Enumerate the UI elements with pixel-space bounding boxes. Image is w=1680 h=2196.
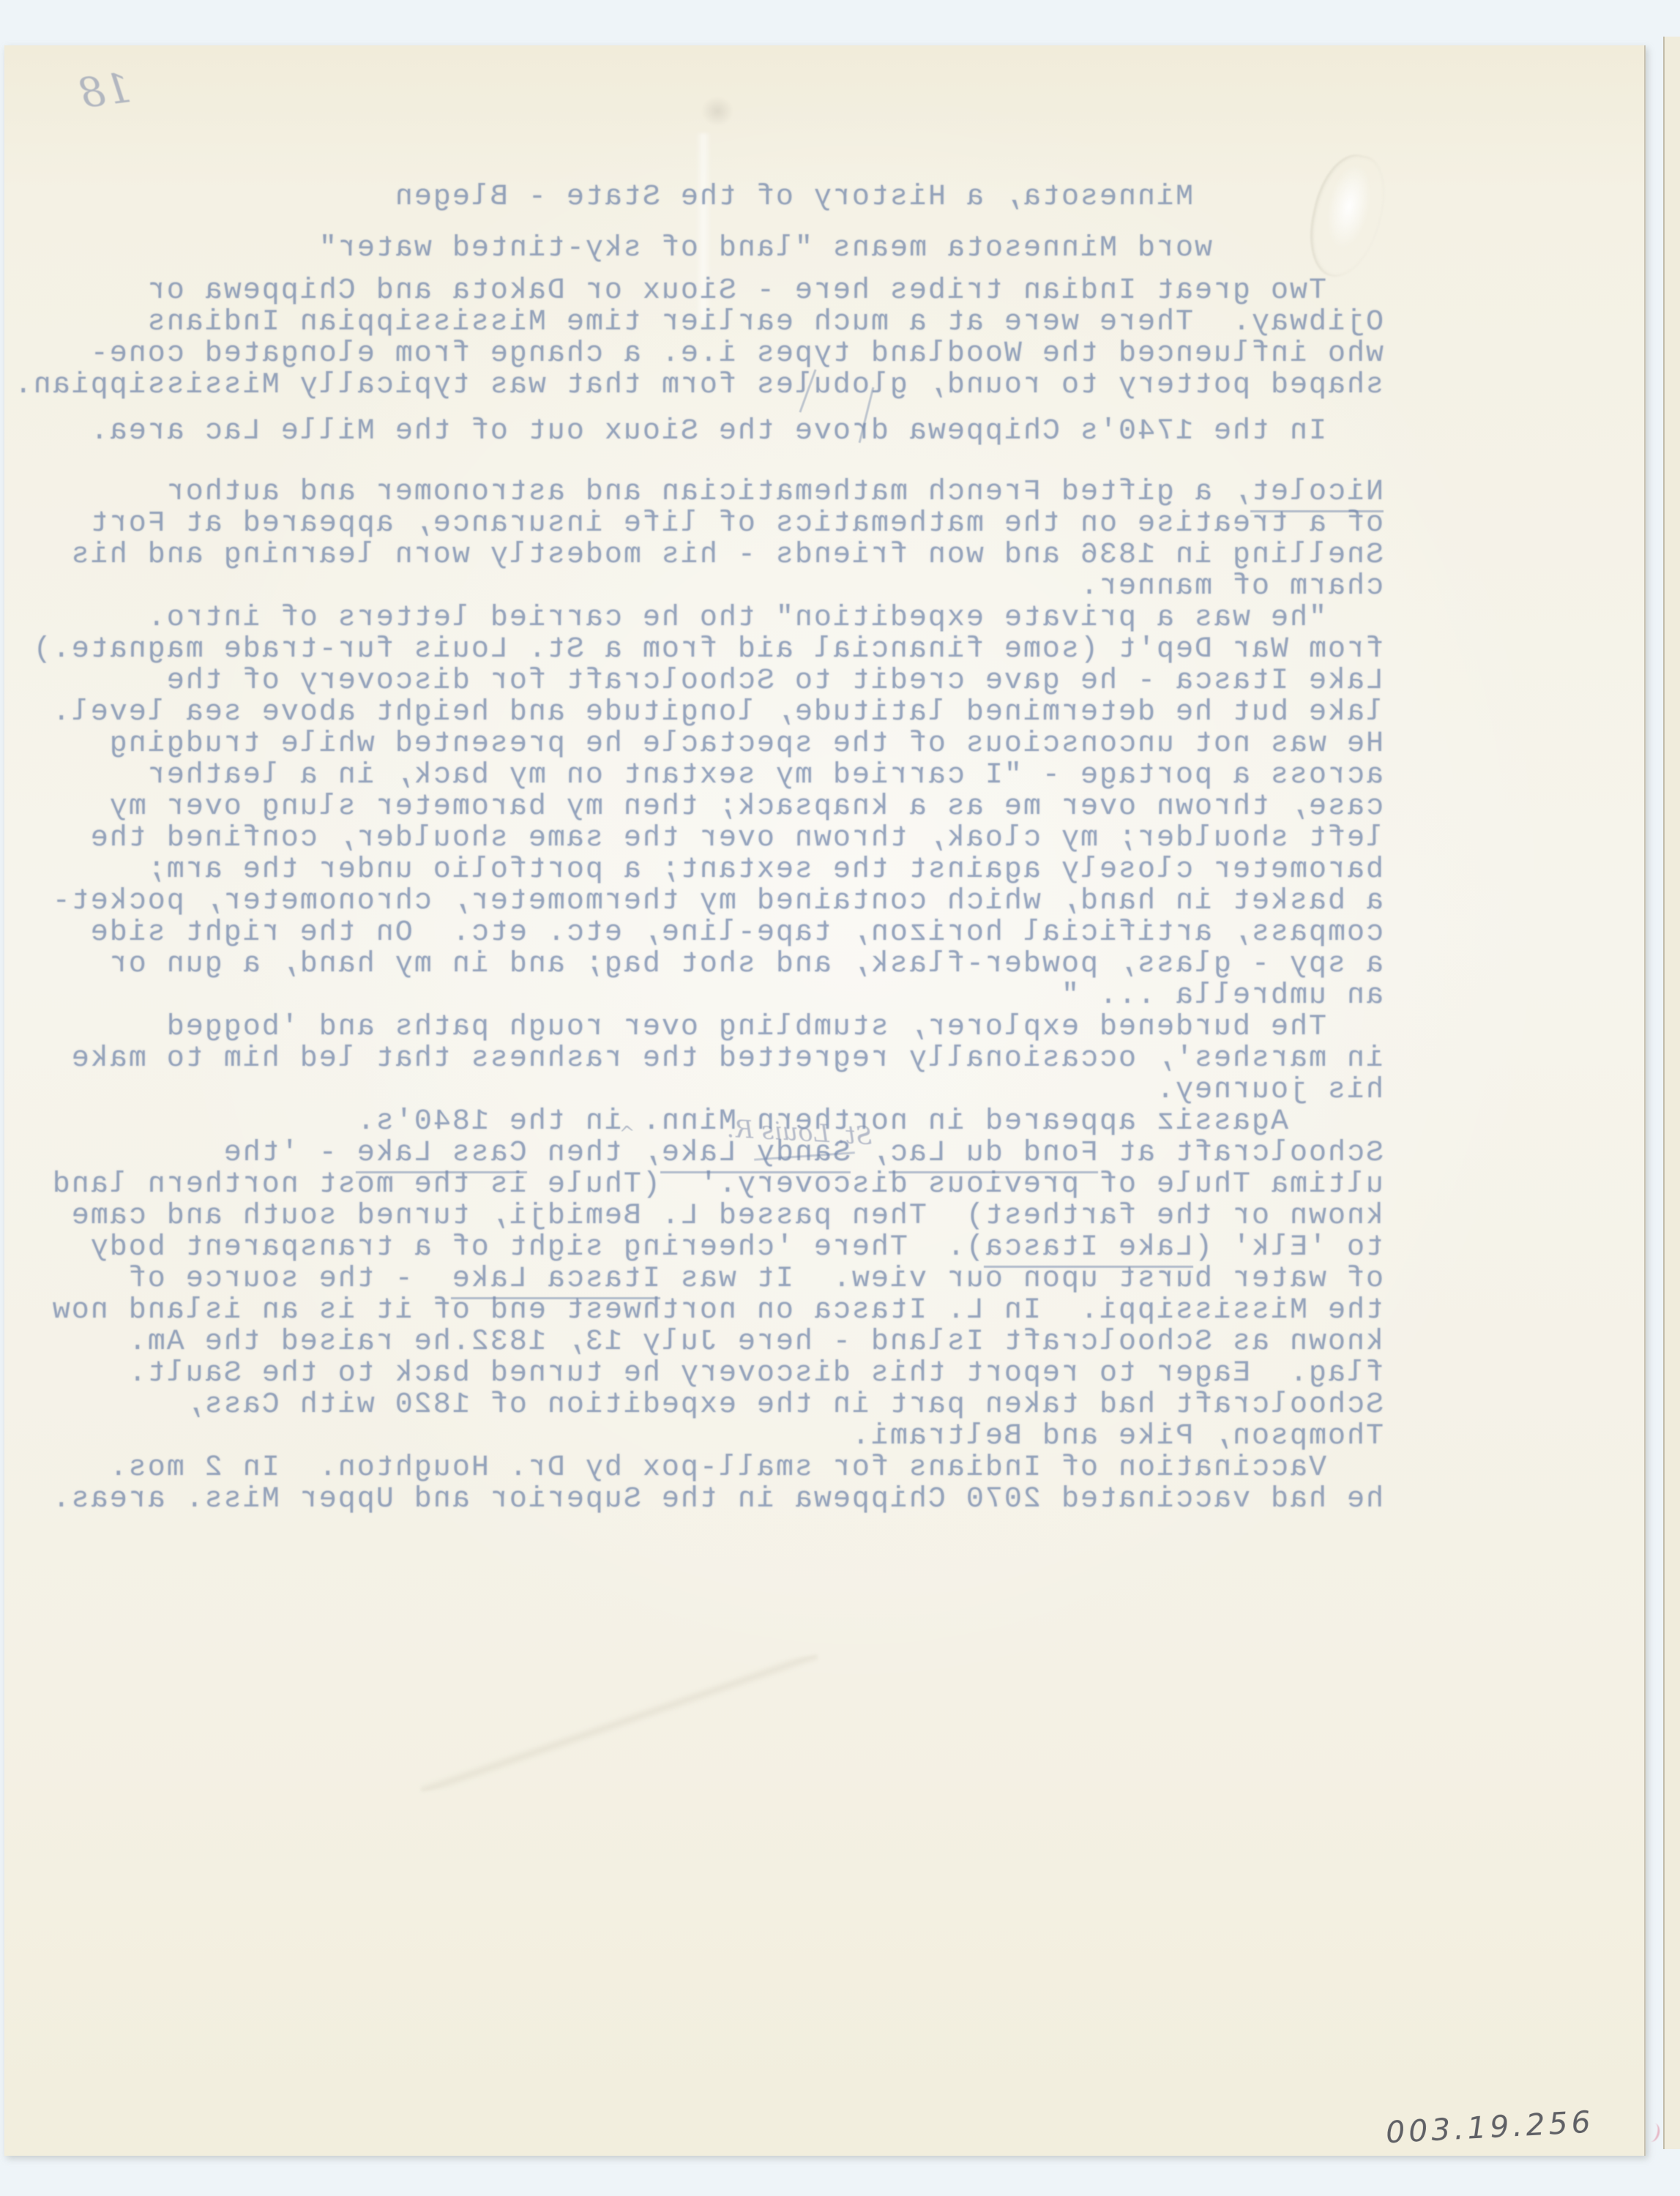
typed-text: the Mississippi. In L. Itasca on northwe… [51, 1294, 1384, 1327]
typed-line: a basket in hand, which contained my the… [117, 886, 1384, 917]
paper-crease-bottom [411, 1654, 828, 1791]
typed-line: known as Schoolcraft Island - here July … [117, 1326, 1384, 1358]
typed-text: ultima Thule of previous discovery.' (Th… [51, 1168, 1384, 1201]
typed-text: compass, artificial horizon, tape-line, … [89, 916, 1384, 949]
typed-text: - 'the [223, 1137, 356, 1170]
typed-text: Snelling in 1836 and won friends - his m… [70, 539, 1384, 572]
typed-text: flag. Eager to report this discovery he … [127, 1357, 1384, 1390]
typed-text: charm of manner. [1079, 570, 1384, 603]
scan-background: 18 Minnesota, a History of the State - B… [0, 0, 1680, 2196]
typed-text: a basket in hand, which contained my the… [51, 885, 1384, 918]
typed-text: from War Dep't (some financial aid from … [32, 633, 1384, 666]
typed-text: word Minnesota means "land of sky-tinted… [318, 232, 1212, 265]
typed-line: Ojibway. There were at a much earlier ti… [117, 307, 1384, 338]
typed-text: left shoulder; my cloak, thrown over the… [89, 822, 1384, 855]
typed-line: known or the farthest) Then passed L. Be… [117, 1200, 1384, 1232]
typed-text: of a treatise on the mathematics of life… [89, 507, 1384, 540]
paper-crease-top [701, 97, 733, 126]
typed-text: case, thrown over me as a knapsack; then… [108, 791, 1384, 823]
typed-text: , a gifted French mathematician and astr… [165, 476, 1250, 509]
typed-text: He was not unconscious of the spectacle … [108, 728, 1384, 761]
typed-line: word Minnesota means "land of sky-tinted… [117, 233, 1384, 264]
typed-line: shaped pottery to round, globules form t… [117, 370, 1384, 401]
typed-line: a spy - glass, powder-flask, and shot ba… [117, 949, 1384, 980]
typed-line: in marshes', occasionally regretted the … [117, 1043, 1384, 1075]
typed-line: "he was a private expedition" tho he car… [117, 602, 1384, 634]
typed-line: of a treatise on the mathematics of life… [117, 508, 1384, 539]
handwritten-caret-mark: ^ [619, 1122, 636, 1145]
typed-text: to 'Elk' ( [1193, 1231, 1384, 1264]
typed-line: Vaccination of Indians for small-pox by … [117, 1452, 1384, 1484]
typed-line: from War Dep't (some financial aid from … [117, 634, 1384, 665]
typed-line: In the 1740's Chippewa drove the Sioux o… [117, 416, 1384, 447]
typed-line: the Mississippi. In L. Itasca on northwe… [117, 1295, 1384, 1326]
typed-line: lake but he determined latitude, longitu… [117, 697, 1384, 728]
typed-line: Snelling in 1836 and won friends - his m… [117, 539, 1384, 571]
typed-text: Schoolcraft had taken part in the expedi… [184, 1389, 1384, 1422]
typed-line: he had vaccinated 2070 Chippewa in the S… [117, 1484, 1384, 1515]
typed-text: known as Schoolcraft Island - here July … [127, 1326, 1384, 1359]
typed-line: to 'Elk' (Lake Itasca). There 'cheering … [117, 1232, 1384, 1263]
typed-line: of water burst upon our view. It was Ita… [117, 1263, 1384, 1295]
typed-text: across a portage - "I carried my sextant… [146, 759, 1384, 792]
typed-text: of water burst upon our view. It was [660, 1263, 1384, 1296]
typed-text: The burdened explorer, stumbling over ro… [165, 1011, 1326, 1044]
pink-pen-mark [1643, 2121, 1662, 2143]
typed-text-block: Minnesota, a History of the State - Bleg… [117, 182, 1384, 1515]
typed-line: barometer closely against the sextant; a… [117, 854, 1384, 886]
typed-line: charm of manner. [117, 571, 1384, 602]
typed-line: an umbrella ... " [117, 980, 1384, 1012]
typed-text: shaped pottery to round, globules form t… [13, 369, 1384, 402]
handwritten-page-number: 18 [76, 64, 134, 118]
typed-line: Nicolet, a gifted French mathematician a… [117, 477, 1384, 508]
typed-text: Minnesota, a History of the State - Bleg… [394, 181, 1193, 214]
typed-line: who influenced the Woodland types i.e. a… [117, 338, 1384, 370]
typed-text: In the 1740's Chippewa drove the Sioux o… [89, 415, 1326, 448]
typed-line: compass, artificial horizon, tape-line, … [117, 917, 1384, 949]
typed-line: ultima Thule of previous discovery.' (Th… [117, 1169, 1384, 1200]
typed-text: who influenced the Woodland types i.e. a… [89, 337, 1384, 370]
typed-text: ). There 'cheering sight of a transparen… [89, 1231, 984, 1264]
typed-text: "he was a private expedition" tho he car… [146, 602, 1326, 635]
typed-line: He was not unconscious of the spectacle … [117, 728, 1384, 760]
adjacent-page-edge [1663, 37, 1680, 2149]
typed-line: Minnesota, a History of the State - Bleg… [117, 182, 1384, 213]
typed-text: in marshes', occasionally regretted the … [70, 1042, 1384, 1075]
typed-line: left shoulder; my cloak, thrown over the… [117, 823, 1384, 854]
typed-text: barometer closely against the sextant; a… [146, 854, 1384, 886]
typed-text: a spy - glass, powder-flask, and shot ba… [108, 948, 1384, 981]
typed-text: Ojibway. There were at a much earlier ti… [146, 306, 1384, 339]
typed-text: Two great Indian tribes here - Sioux or … [146, 274, 1326, 307]
typed-text: Lake Itasca - he gave credit to Schoolcr… [165, 665, 1384, 698]
typed-text: Thompson, Pike and Beltrami. [851, 1420, 1384, 1453]
typed-line: his journey. [117, 1075, 1384, 1106]
typed-text: - the source of [127, 1263, 451, 1296]
typed-text: Schoolcraft at [1098, 1137, 1384, 1170]
typed-line: Thompson, Pike and Beltrami. [117, 1421, 1384, 1452]
typed-line: flag. Eager to report this discovery he … [117, 1358, 1384, 1389]
typed-line: case, thrown over me as a knapsack; then… [117, 791, 1384, 823]
typed-line: across a portage - "I carried my sextant… [117, 760, 1384, 791]
typed-line: Two great Indian tribes here - Sioux or … [117, 275, 1384, 307]
typed-text: he had vaccinated 2070 Chippewa in the S… [51, 1483, 1384, 1516]
typed-line: Lake Itasca - he gave credit to Schoolcr… [117, 665, 1384, 697]
typed-line: The burdened explorer, stumbling over ro… [117, 1012, 1384, 1043]
typed-text: lake but he determined latitude, longitu… [51, 696, 1384, 729]
typed-text: Vaccination of Indians for small-pox by … [108, 1452, 1326, 1484]
typed-text: an umbrella ... " [1060, 979, 1384, 1012]
typed-line: Schoolcraft had taken part in the expedi… [117, 1389, 1384, 1421]
typed-text: known or the farthest) Then passed L. Be… [70, 1200, 1384, 1233]
typed-text: , then [527, 1137, 660, 1170]
typed-text: his journey. [1155, 1074, 1384, 1107]
